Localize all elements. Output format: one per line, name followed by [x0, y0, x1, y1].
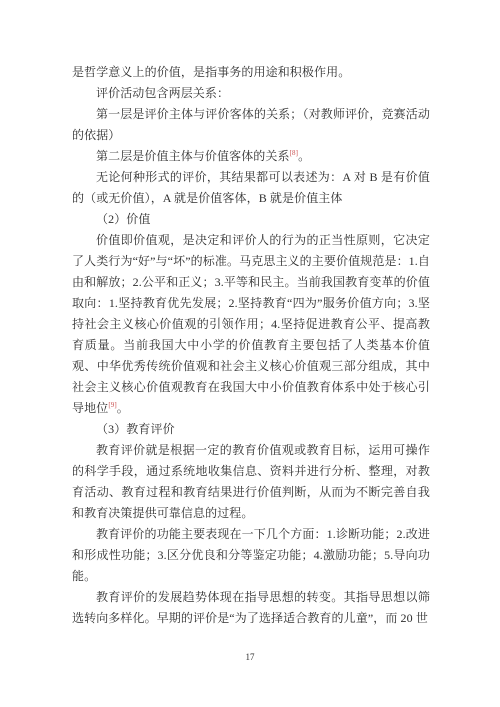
text-run: 教育评价的发展趋势体现在指导思想的转变。其指导思想以筛选转向多样化。早期的评价是… — [72, 590, 430, 625]
paragraph: 价值即价值观，是决定和评价人的行为的正当性原则，它决定了人类行为“好”与“坏”的… — [72, 230, 430, 419]
paragraph: 教育评价的功能主要表现在一下几个方面：1.诊断功能；2.改进和形成性功能；3.区… — [72, 524, 430, 587]
text-run: 无论何种形式的评价，其结果都可以表述为：A 对 B 是有价值的（或无价值），A … — [72, 170, 430, 205]
text-run: 评价活动包含两层关系： — [96, 86, 229, 100]
document-page: 是哲学意义上的价值，是指事务的用途和积极作用。评价活动包含两层关系：第一层是评价… — [0, 0, 500, 707]
text-run: 是哲学意义上的价值，是指事务的用途和积极作用。 — [72, 65, 350, 79]
paragraph: （3）教育评价 — [72, 419, 430, 440]
paragraph: 教育评价就是根据一定的教育价值观或教育目标，运用可操作的科学手段，通过系统地收集… — [72, 440, 430, 524]
paragraph: 第一层是评价主体与评价客体的关系；（对教师评价，竞赛活动的依据） — [72, 104, 430, 146]
text-run: （3）教育评价 — [96, 422, 175, 436]
text-run: 教育评价的功能主要表现在一下几个方面：1.诊断功能；2.改进和形成性功能；3.区… — [72, 527, 430, 583]
paragraph: 第二层是价值主体与价值客体的关系[8]。 — [72, 146, 430, 167]
document-body: 是哲学意义上的价值，是指事务的用途和积极作用。评价活动包含两层关系：第一层是评价… — [72, 62, 430, 629]
text-run: 教育评价就是根据一定的教育价值观或教育目标，运用可操作的科学手段，通过系统地收集… — [72, 443, 430, 520]
text-run: （2）价值 — [96, 212, 151, 226]
citation-ref: [9] — [108, 401, 116, 409]
text-run: 第二层是价值主体与价值客体的关系 — [96, 149, 290, 163]
text-run: 。 — [298, 149, 310, 163]
text-run: 价值即价值观，是决定和评价人的行为的正当性原则，它决定了人类行为“好”与“坏”的… — [72, 233, 430, 415]
paragraph: 评价活动包含两层关系： — [72, 83, 430, 104]
paragraph: 无论何种形式的评价，其结果都可以表述为：A 对 B 是有价值的（或无价值），A … — [72, 167, 430, 209]
text-run: 第一层是评价主体与评价客体的关系；（对教师评价，竞赛活动的依据） — [72, 107, 430, 142]
page-number: 17 — [0, 652, 500, 662]
paragraph: （2）价值 — [72, 209, 430, 230]
paragraph: 教育评价的发展趋势体现在指导思想的转变。其指导思想以筛选转向多样化。早期的评价是… — [72, 587, 430, 629]
text-run: 。 — [117, 401, 129, 415]
paragraph: 是哲学意义上的价值，是指事务的用途和积极作用。 — [72, 62, 430, 83]
citation-ref: [8] — [290, 149, 298, 157]
